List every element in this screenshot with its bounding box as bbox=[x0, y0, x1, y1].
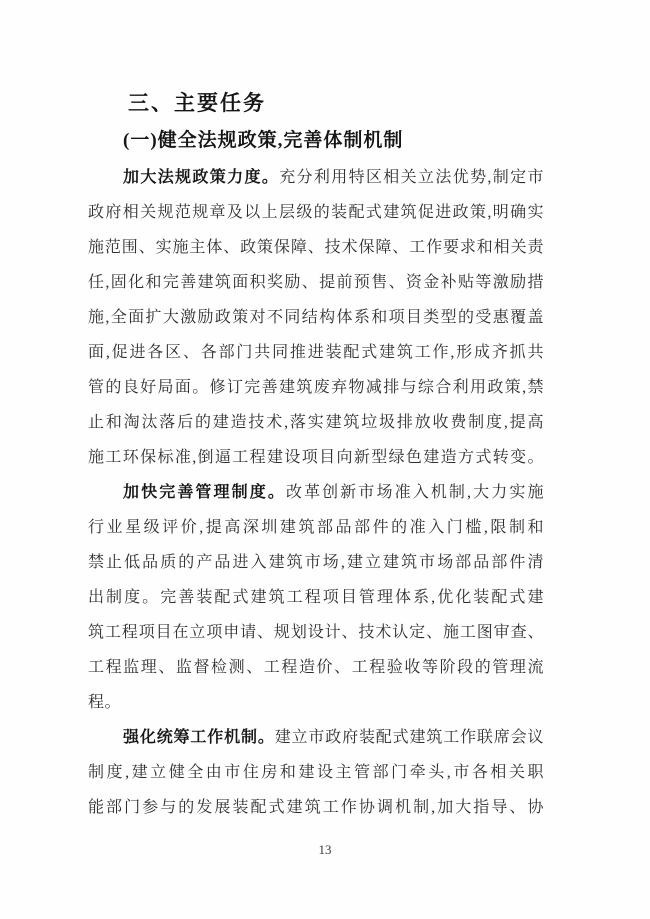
text-line: 加快完善管理制度。改革创新市场准入机制,大力实施 bbox=[88, 475, 544, 510]
paragraph-lead: 强化统筹工作机制。 bbox=[123, 729, 275, 746]
text-line: 能部门参与的发展装配式建筑工作协调机制,加大指导、协 bbox=[88, 790, 544, 825]
text-line: 出制度。完善装配式建筑工程项目管理体系,优化装配式建 bbox=[88, 580, 544, 615]
section-heading: 三、主要任务 bbox=[88, 84, 544, 122]
paragraph: 加快完善管理制度。改革创新市场准入机制,大力实施 行业星级评价,提高深圳建筑部品… bbox=[88, 475, 544, 720]
text-line: 管的良好局面。修订完善建筑废弃物减排与综合利用政策,禁 bbox=[88, 370, 544, 405]
text-line: 施范围、实施主体、政策保障、技术保障、工作要求和相关责 bbox=[88, 230, 544, 265]
text-line: 任,固化和完善建筑面积奖励、提前预售、资金补贴等激励措 bbox=[88, 265, 544, 300]
document-page: 三、主要任务 (一)健全法规政策,完善体制机制 加大法规政策力度。充分利用特区相… bbox=[0, 0, 650, 919]
page-number: 13 bbox=[0, 840, 650, 860]
text-line: 面,促进各区、各部门共同推进装配式建筑工作,形成齐抓共 bbox=[88, 335, 544, 370]
text-line: 工程监理、监督检测、工程造价、工程验收等阶段的管理流 bbox=[88, 650, 544, 685]
text-line: 政府相关规范规章及以上层级的装配式建筑促进政策,明确实 bbox=[88, 195, 544, 230]
text-line: 施,全面扩大激励政策对不同结构体系和项目类型的受惠覆盖 bbox=[88, 300, 544, 335]
text-line: 制度,建立健全由市住房和建设主管部门牵头,市各相关职 bbox=[88, 755, 544, 790]
paragraph: 加大法规政策力度。充分利用特区相关立法优势,制定市 政府相关规范规章及以上层级的… bbox=[88, 160, 544, 475]
paragraph-lead: 加快完善管理制度。 bbox=[123, 484, 286, 501]
text-line: 程。 bbox=[88, 685, 544, 720]
paragraph: 强化统筹工作机制。建立市政府装配式建筑工作联席会议 制度,建立健全由市住房和建设… bbox=[88, 720, 544, 825]
text-line: 强化统筹工作机制。建立市政府装配式建筑工作联席会议 bbox=[88, 720, 544, 755]
document-content: 三、主要任务 (一)健全法规政策,完善体制机制 加大法规政策力度。充分利用特区相… bbox=[88, 84, 544, 825]
text-line-rest: 充分利用特区相关立法优势,制定市 bbox=[279, 169, 544, 186]
text-line: 禁止低品质的产品进入建筑市场,建立建筑市场部品部件清 bbox=[88, 545, 544, 580]
text-line-rest: 改革创新市场准入机制,大力实施 bbox=[286, 484, 544, 501]
text-line: 施工环保标准,倒逼工程建设项目向新型绿色建造方式转变。 bbox=[88, 440, 544, 475]
text-line: 加大法规政策力度。充分利用特区相关立法优势,制定市 bbox=[88, 160, 544, 195]
text-line: 止和淘汰落后的建造技术,落实建筑垃圾排放收费制度,提高 bbox=[88, 405, 544, 440]
paragraph-lead: 加大法规政策力度。 bbox=[123, 169, 279, 186]
subsection-heading: (一)健全法规政策,完善体制机制 bbox=[88, 122, 544, 160]
text-line: 行业星级评价,提高深圳建筑部品部件的准入门槛,限制和 bbox=[88, 510, 544, 545]
text-line: 筑工程项目在立项申请、规划设计、技术认定、施工图审查、 bbox=[88, 615, 544, 650]
text-line-rest: 建立市政府装配式建筑工作联席会议 bbox=[275, 729, 544, 746]
